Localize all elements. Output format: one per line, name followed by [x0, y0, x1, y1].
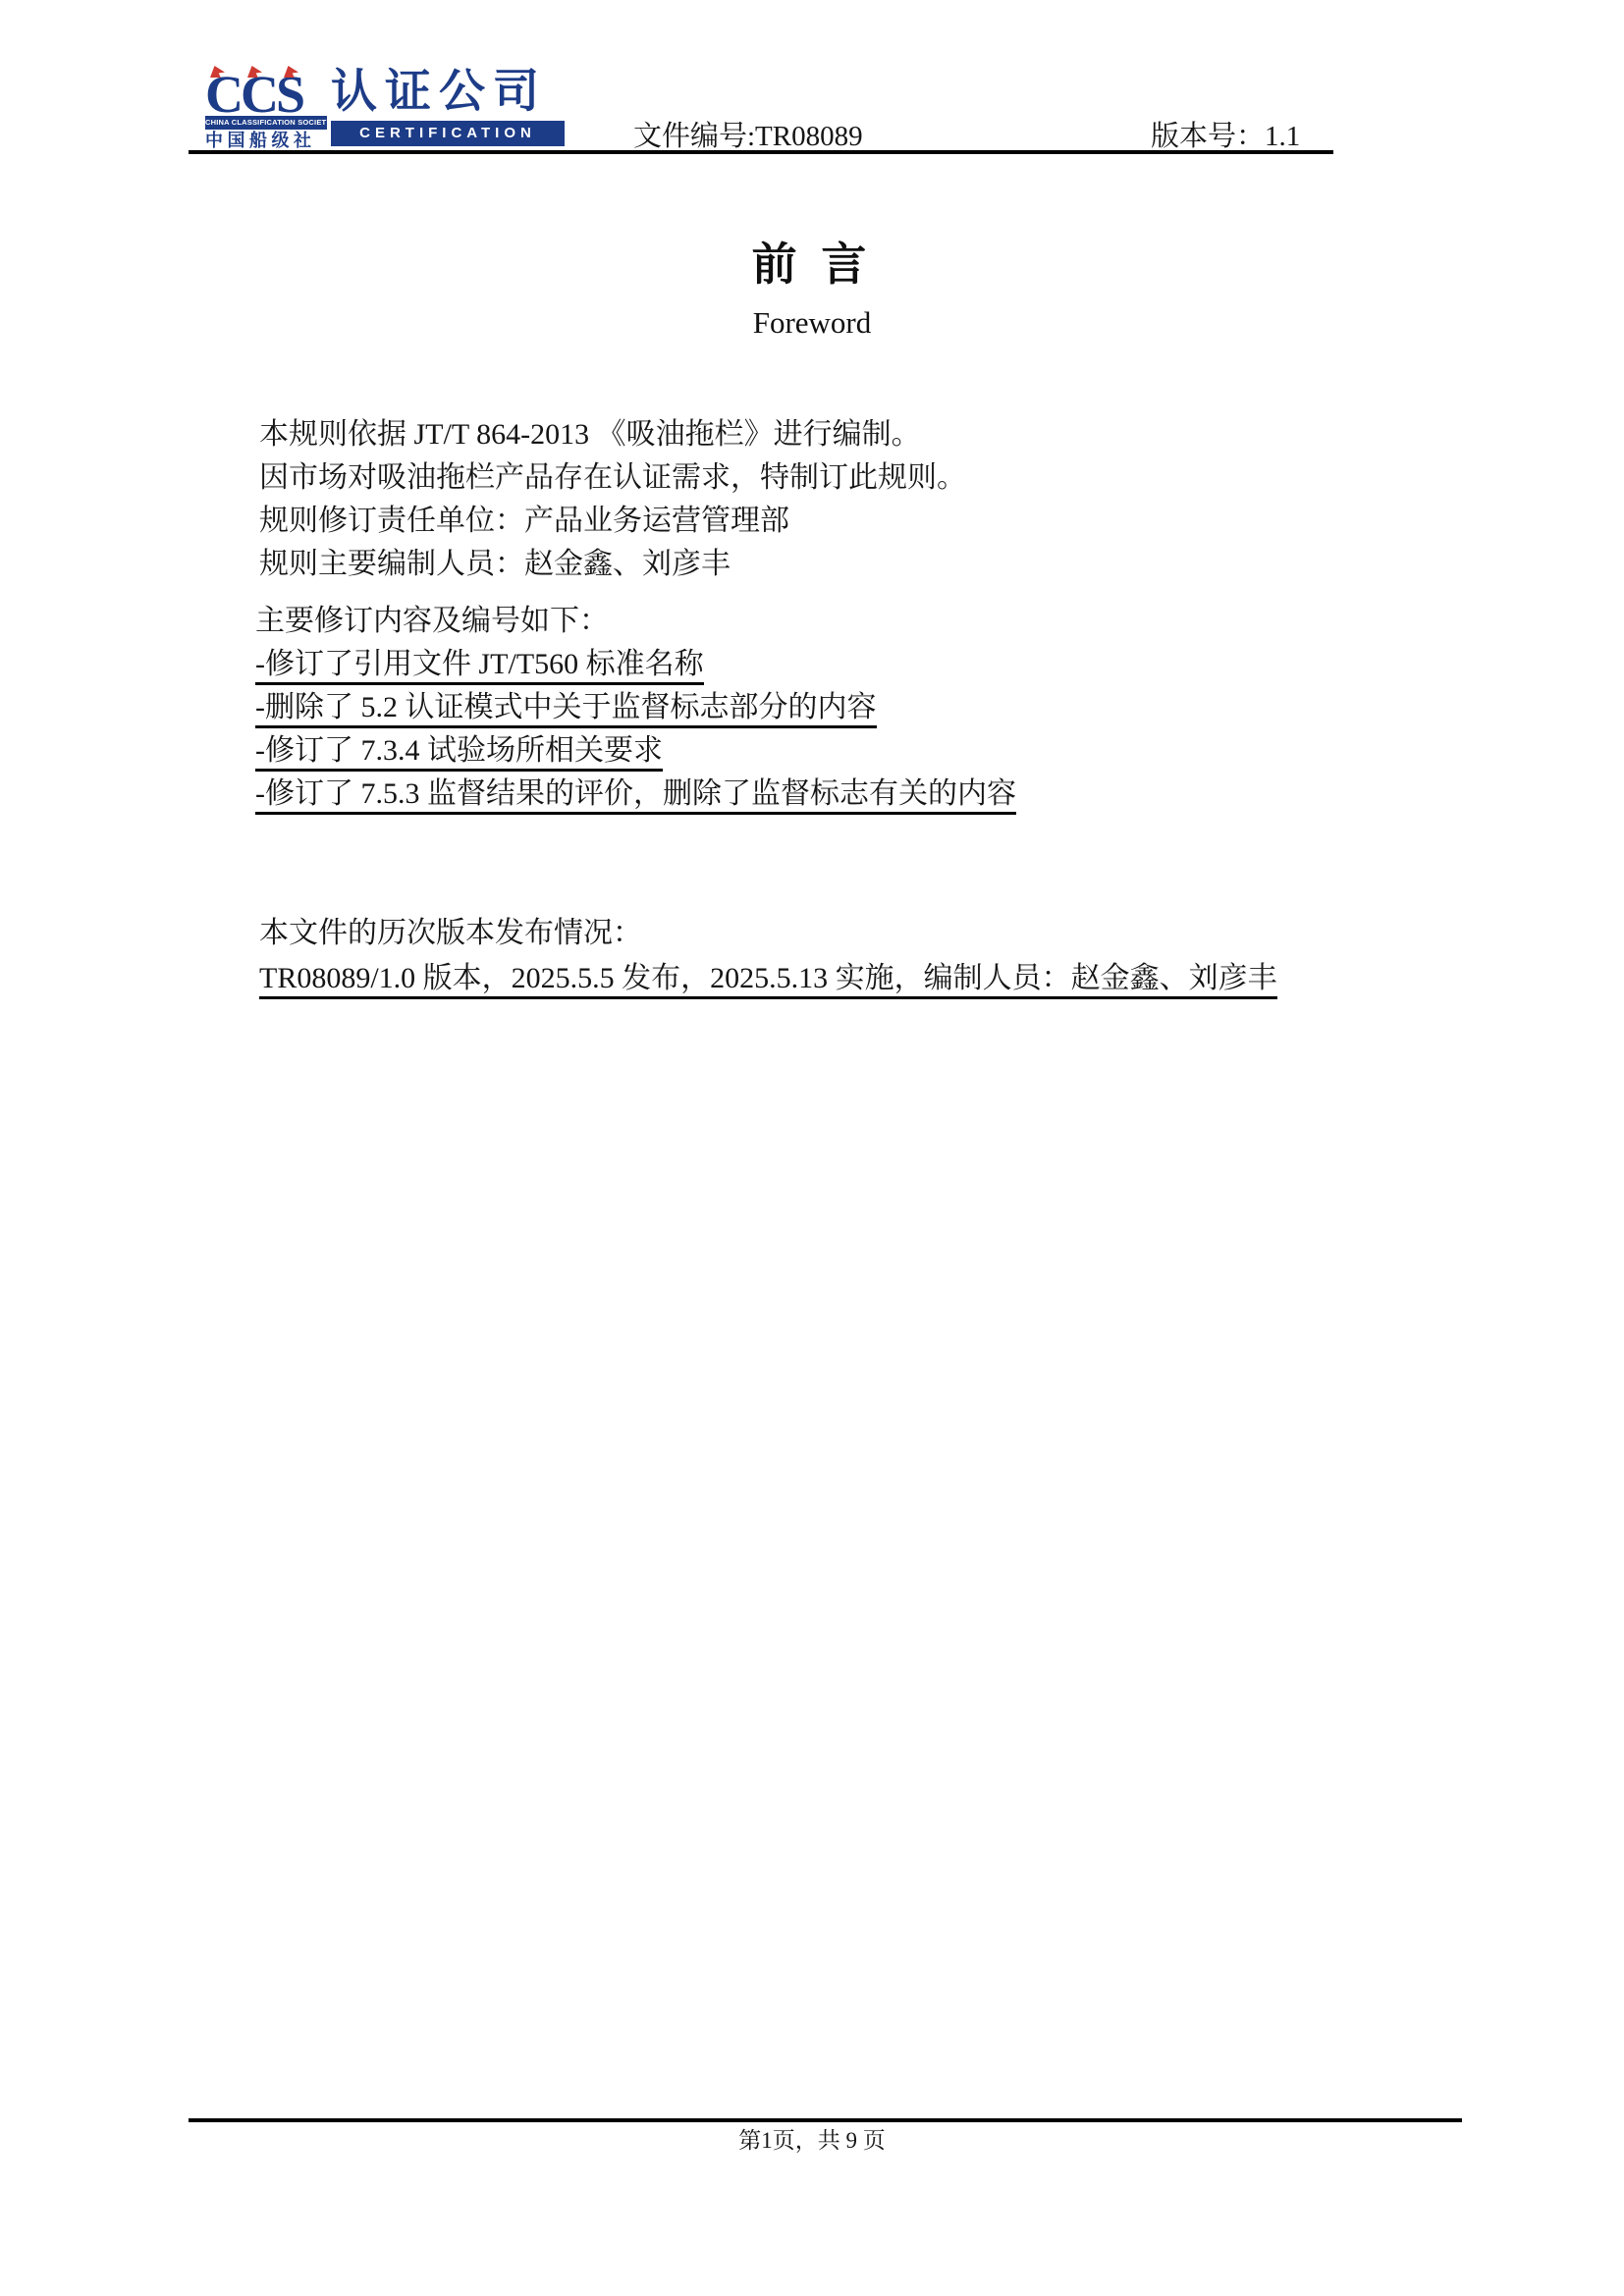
revision-item-text: -修订了 7.5.3 监督结果的评价，删除了监督标志有关的内容: [255, 777, 1016, 815]
header-divider: [189, 150, 1333, 154]
ccs-society-banner: CHINA CLASSIFICATION SOCIETY: [205, 116, 327, 130]
document-page: CCS CHINA CLASSIFICATION SOCIETY 中 国 船 级…: [0, 0, 1624, 2296]
version-number: 版本号：1.1: [1151, 120, 1300, 153]
revision-item: -修订了引用文件 JT/T560 标准名称: [255, 643, 1016, 686]
ccs-certification-logo: CCS CHINA CLASSIFICATION SOCIETY 中 国 船 级…: [205, 65, 570, 159]
page-number: 第1页，共 9 页: [0, 2126, 1624, 2156]
footer-divider: [189, 2118, 1462, 2122]
revision-list: 主要修订内容及编号如下： -修订了引用文件 JT/T560 标准名称 -删除了 …: [255, 600, 1016, 816]
revision-item: -修订了 7.5.3 监督结果的评价，删除了监督标志有关的内容: [255, 773, 1016, 816]
paragraph: 规则主要编制人员：赵金鑫、刘彦丰: [259, 543, 966, 586]
intro-paragraphs: 本规则依据 JT/T 864-2013 《吸油拖栏》进行编制。 因市场对吸油拖栏…: [259, 413, 966, 586]
version-history: 本文件的历次版本发布情况： TR08089/1.0 版本，2025.5.5 发布…: [259, 911, 1277, 1001]
certification-banner: CERTIFICATION: [331, 121, 565, 146]
revision-item-text: -删除了 5.2 认证模式中关于监督标志部分的内容: [255, 691, 877, 728]
ccs-society-chinese: 中 国 船 级 社: [205, 131, 327, 150]
certification-company-block: 认证公司 CERTIFICATION: [331, 65, 570, 159]
revision-item: -修订了 7.3.4 试验场所相关要求: [255, 729, 1016, 773]
page-title-chinese: 前 言: [0, 239, 1624, 290]
history-intro: 本文件的历次版本发布情况：: [259, 911, 1277, 956]
paragraph: 规则修订责任单位：产品业务运营管理部: [259, 500, 966, 543]
revision-item-text: -修订了 7.3.4 试验场所相关要求: [255, 734, 663, 772]
history-entry-text: TR08089/1.0 版本，2025.5.5 发布，2025.5.13 实施，…: [259, 962, 1277, 999]
ccs-logo-text: CCS: [205, 65, 327, 118]
page-title-english: Foreword: [0, 305, 1624, 341]
history-entry: TR08089/1.0 版本，2025.5.5 发布，2025.5.13 实施，…: [259, 956, 1277, 1001]
paragraph: 因市场对吸油拖栏产品存在认证需求，特制订此规则。: [259, 456, 966, 500]
ccs-logo-block: CCS CHINA CLASSIFICATION SOCIETY 中 国 船 级…: [205, 65, 327, 159]
revision-intro: 主要修订内容及编号如下：: [255, 600, 1016, 643]
certification-company-chinese: 认证公司: [331, 65, 570, 118]
revision-item: -删除了 5.2 认证模式中关于监督标志部分的内容: [255, 686, 1016, 729]
paragraph: 本规则依据 JT/T 864-2013 《吸油拖栏》进行编制。: [259, 413, 966, 456]
revision-item-text: -修订了引用文件 JT/T560 标准名称: [255, 648, 704, 685]
document-number: 文件编号:TR08089: [633, 120, 863, 153]
